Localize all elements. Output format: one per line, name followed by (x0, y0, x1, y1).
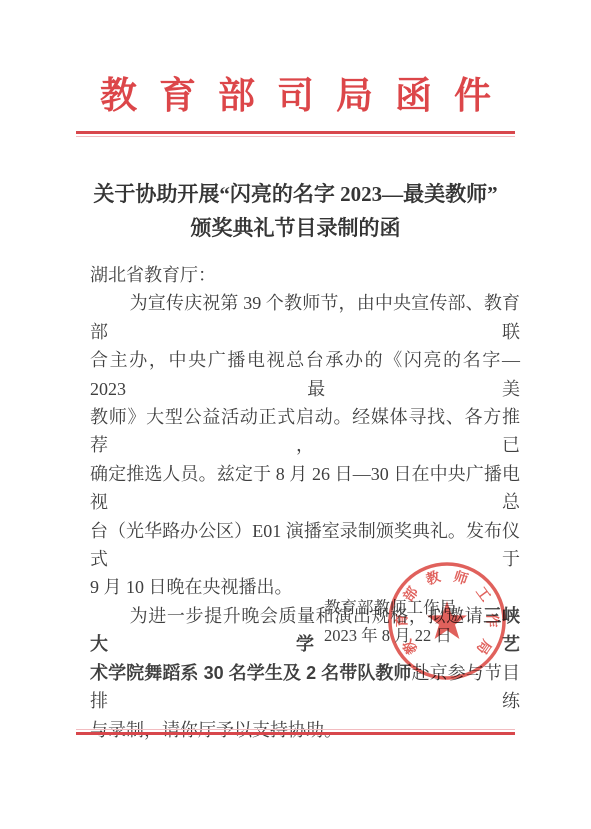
footer-rule (76, 729, 515, 735)
document-title-line1: 关于协助开展“闪亮的名字 2023—最美教师” (0, 177, 591, 211)
document-title: 关于协助开展“闪亮的名字 2023—最美教师” 颁奖典礼节目录制的函 (0, 177, 591, 245)
rule-thick-line (76, 732, 515, 735)
svg-text:工: 工 (472, 585, 492, 605)
document-title-line2: 颁奖典礼节目录制的函 (0, 211, 591, 245)
rule-thick-line (76, 131, 515, 134)
seal-star (427, 601, 467, 639)
svg-text:育: 育 (393, 613, 410, 627)
svg-text:师: 师 (452, 568, 471, 588)
body-line: 为宣传庆祝第 39 个教师节，由中央宣传部、教育部联 (90, 289, 520, 346)
letterhead-title: 教育部司局函件 (0, 74, 591, 120)
document-page: 教育部司局函件 关于协助开展“闪亮的名字 2023—最美教师” 颁奖典礼节目录制… (0, 0, 591, 829)
svg-text:局: 局 (473, 636, 494, 657)
letterhead-rule (76, 131, 515, 137)
svg-text:教: 教 (423, 568, 443, 589)
rule-thin-line (76, 136, 515, 137)
body-line: 合主办，中央广播电视总台承办的《闪亮的名字—2023 最美 (90, 346, 520, 403)
body-line: 教师》大型公益活动正式启动。经媒体寻找、各方推荐，已 (90, 403, 520, 460)
rule-thin-line (76, 729, 515, 730)
svg-text:作: 作 (483, 613, 500, 627)
official-seal: 教育部教师工作局 (385, 559, 509, 683)
salutation: 湖北省教育厅： (90, 261, 520, 289)
body-line: 确定推选人员。兹定于 8 月 26 日—30 日在中央广播电视总 (90, 460, 520, 517)
